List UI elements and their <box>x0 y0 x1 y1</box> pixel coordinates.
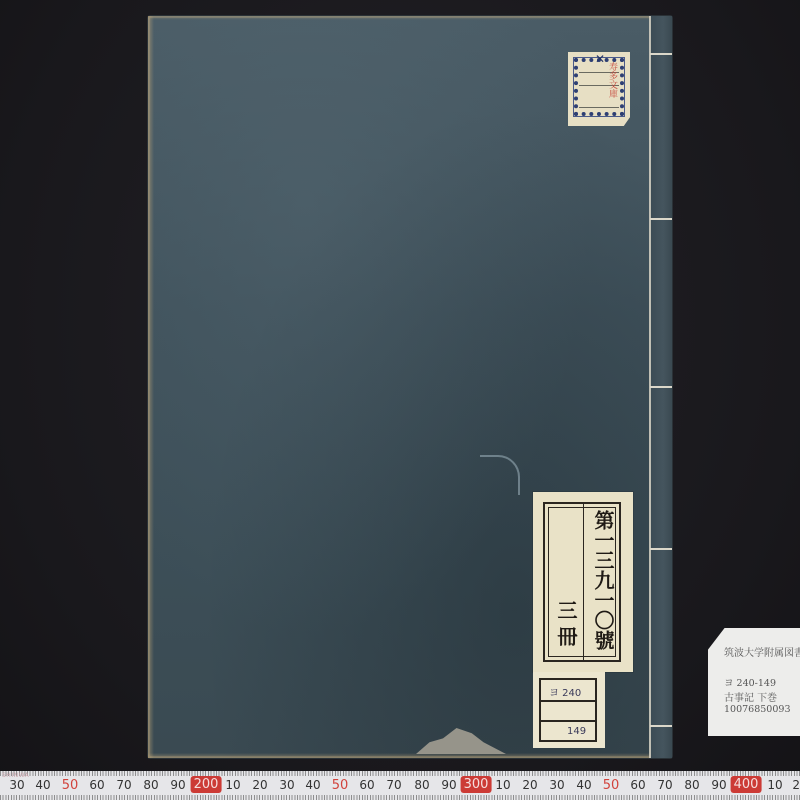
call-number-grid: ヨ 240 149 <box>539 678 597 742</box>
binding-thread-stitch <box>650 386 672 388</box>
seal-cross-icon: ✕ <box>595 52 605 66</box>
ruler-number: 30 <box>279 778 294 792</box>
ruler-number: 80 <box>414 778 429 792</box>
ruler-number: 70 <box>116 778 131 792</box>
ruler-number: 20 <box>522 778 537 792</box>
cover-crease <box>480 455 520 495</box>
catalog-barcode-number: 10076850093 <box>724 704 791 715</box>
ruler-number: 90 <box>170 778 185 792</box>
ruler-number: 40 <box>305 778 320 792</box>
volume-count: 三冊 <box>553 600 579 652</box>
seal-red-stamp-text: 寿多文庫 <box>606 62 618 98</box>
ruler-number: 20 <box>252 778 267 792</box>
ruler-number: 80 <box>684 778 699 792</box>
seal-label: ✕ 寿多文庫 <box>568 52 630 126</box>
cover-edge-wear-left <box>148 16 154 758</box>
ruler-number: 50 <box>332 778 349 793</box>
ruler-number: 40 <box>35 778 50 792</box>
call-number-class: ヨ 240 <box>549 684 581 699</box>
call-grid-row-line <box>541 720 595 722</box>
ruler-number: 70 <box>657 778 672 792</box>
ruler-number: 80 <box>143 778 158 792</box>
ruler-number: 10 <box>767 778 782 792</box>
ruler-number: 30 <box>549 778 564 792</box>
call-grid-row-line <box>541 700 595 702</box>
ruler-number: 400 <box>731 776 762 793</box>
ruler-number: 200 <box>191 776 222 793</box>
binding-thread-stitch <box>650 218 672 220</box>
library-name: 筑波大学附属図書 <box>724 644 800 659</box>
ruler-number: 300 <box>461 776 492 793</box>
ruler-number: 70 <box>386 778 401 792</box>
accession-number: 第一三九一〇號 <box>589 510 617 650</box>
ruler-number: 60 <box>359 778 374 792</box>
ruler-number: 40 <box>576 778 591 792</box>
ruler-number: 90 <box>441 778 456 792</box>
cover-edge-wear-bottom <box>148 753 672 758</box>
cover-edge-wear-top <box>148 16 672 20</box>
ruler-number: 30 <box>9 778 24 792</box>
binding-thread-stitch <box>650 53 672 55</box>
ruler-number: 20 <box>792 778 800 792</box>
ownership-label: 第一三九一〇號 三冊 <box>533 492 633 672</box>
ruler-number: 10 <box>495 778 510 792</box>
ownership-label-frame: 第一三九一〇號 三冊 <box>543 502 621 662</box>
ruler-number: 90 <box>711 778 726 792</box>
ownership-label-divider <box>583 504 584 660</box>
ruler-number: 60 <box>630 778 645 792</box>
ruler-number: 60 <box>89 778 104 792</box>
library-catalog-card: 筑波大学附属図書 ヨ 240-149 古事記 下巻 10076850093 <box>708 628 800 736</box>
call-number-label: ヨ 240 149 <box>533 672 605 748</box>
call-number-item: 149 <box>567 726 586 737</box>
binding-thread-stitch <box>650 548 672 550</box>
ruler-number: 10 <box>225 778 240 792</box>
binding-thread-stitch <box>650 725 672 727</box>
ruler-number: 50 <box>603 778 620 793</box>
catalog-call-number: ヨ 240-149 <box>724 675 776 689</box>
ruler-number: 50 <box>62 778 79 793</box>
measurement-ruler: SHINWA 304050607080902001020304050607080… <box>0 771 800 800</box>
catalog-work-title: 古事記 下巻 <box>724 689 777 704</box>
